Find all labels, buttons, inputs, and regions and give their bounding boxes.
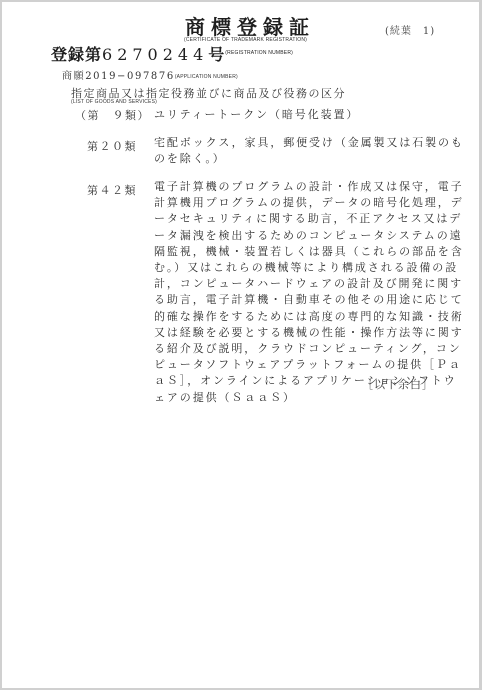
description-line: 隔監視，機械・装置若しくは器具（これらの部品を含 <box>154 244 444 260</box>
description-line: 電子計算機のプログラムの設計・作成又は保守，電子 <box>154 179 444 195</box>
class-20-description: 宅配ボックス，家具，郵便受け（金属製又は石製のも のを除く。） <box>154 135 444 167</box>
class-9-label: （第 ９類） <box>75 107 150 123</box>
application-prefix: 商願 <box>62 71 85 82</box>
registration-suffix: 号 <box>208 45 225 64</box>
class-20-label: 第２０類 <box>87 138 137 154</box>
description-line: 又は経験を必要とする機械の性能・操作方法等に関す <box>154 325 444 341</box>
description-line: 宅配ボックス，家具，郵便受け（金属製又は石製のも <box>154 135 444 151</box>
description-line: ユリティートークン（暗号化装置） <box>154 107 444 123</box>
application-number: 商願2019−097876(APPLICATION NUMBER) <box>62 67 238 82</box>
description-line: のを除く。） <box>154 151 444 167</box>
certificate-page: 商標登録証 (CERTIFICATE OF TRADEMARK REGISTRA… <box>2 2 479 688</box>
page-title: 商標登録証 <box>185 11 315 40</box>
class-42-label: 第４２類 <box>87 182 137 198</box>
description-line: ピュータソフトウェアプラットフォームの提供［Ｐａ <box>154 357 444 373</box>
class-42-description: 電子計算機のプログラムの設計・作成又は保守，電子 計算機用プログラムの提供，デー… <box>154 179 444 406</box>
goods-services-heading-english: (LIST OF GOODS AND SERVICES) <box>71 99 157 105</box>
description-line: ェアの提供（ＳａａＳ） <box>154 390 444 406</box>
description-line: る紹介及び説明，クラウドコンピューティング，コン <box>154 341 444 357</box>
description-line: 的確な操作をするためには高度の専門的な知識・技術 <box>154 309 444 325</box>
description-line: む。）又はこれらの機械等により構成される設備の設 <box>154 260 444 276</box>
continuation-page-label: (続葉 1) <box>385 22 435 37</box>
application-number-label-en: (APPLICATION NUMBER) <box>175 74 238 80</box>
description-line: 計算機用プログラムの提供，データの暗号化処理，デ <box>154 195 444 211</box>
description-line: ータセキュリティに関する助言，不正アクセス又はデ <box>154 211 444 227</box>
registration-number-label-en: (REGISTRATION NUMBER) <box>225 50 293 56</box>
registration-number-value: 6270244 <box>102 45 208 64</box>
description-line: ータ漏洩を検出するためのコンピュータシステムの遠 <box>154 228 444 244</box>
registration-number: 登録第6270244号(REGISTRATION NUMBER) <box>51 42 293 65</box>
class-9-description: ユリティートークン（暗号化装置） <box>154 107 444 123</box>
application-number-value: 2019−097876 <box>85 71 175 82</box>
description-line: 計，コンピュータハードウェアの設計及び開発に関す <box>154 276 444 292</box>
end-of-list-mark: ［以下余白］ <box>362 376 434 392</box>
description-line: る助言，電子計算機・自動車その他その用途に応じて <box>154 292 444 308</box>
registration-prefix: 登録第 <box>51 45 102 64</box>
